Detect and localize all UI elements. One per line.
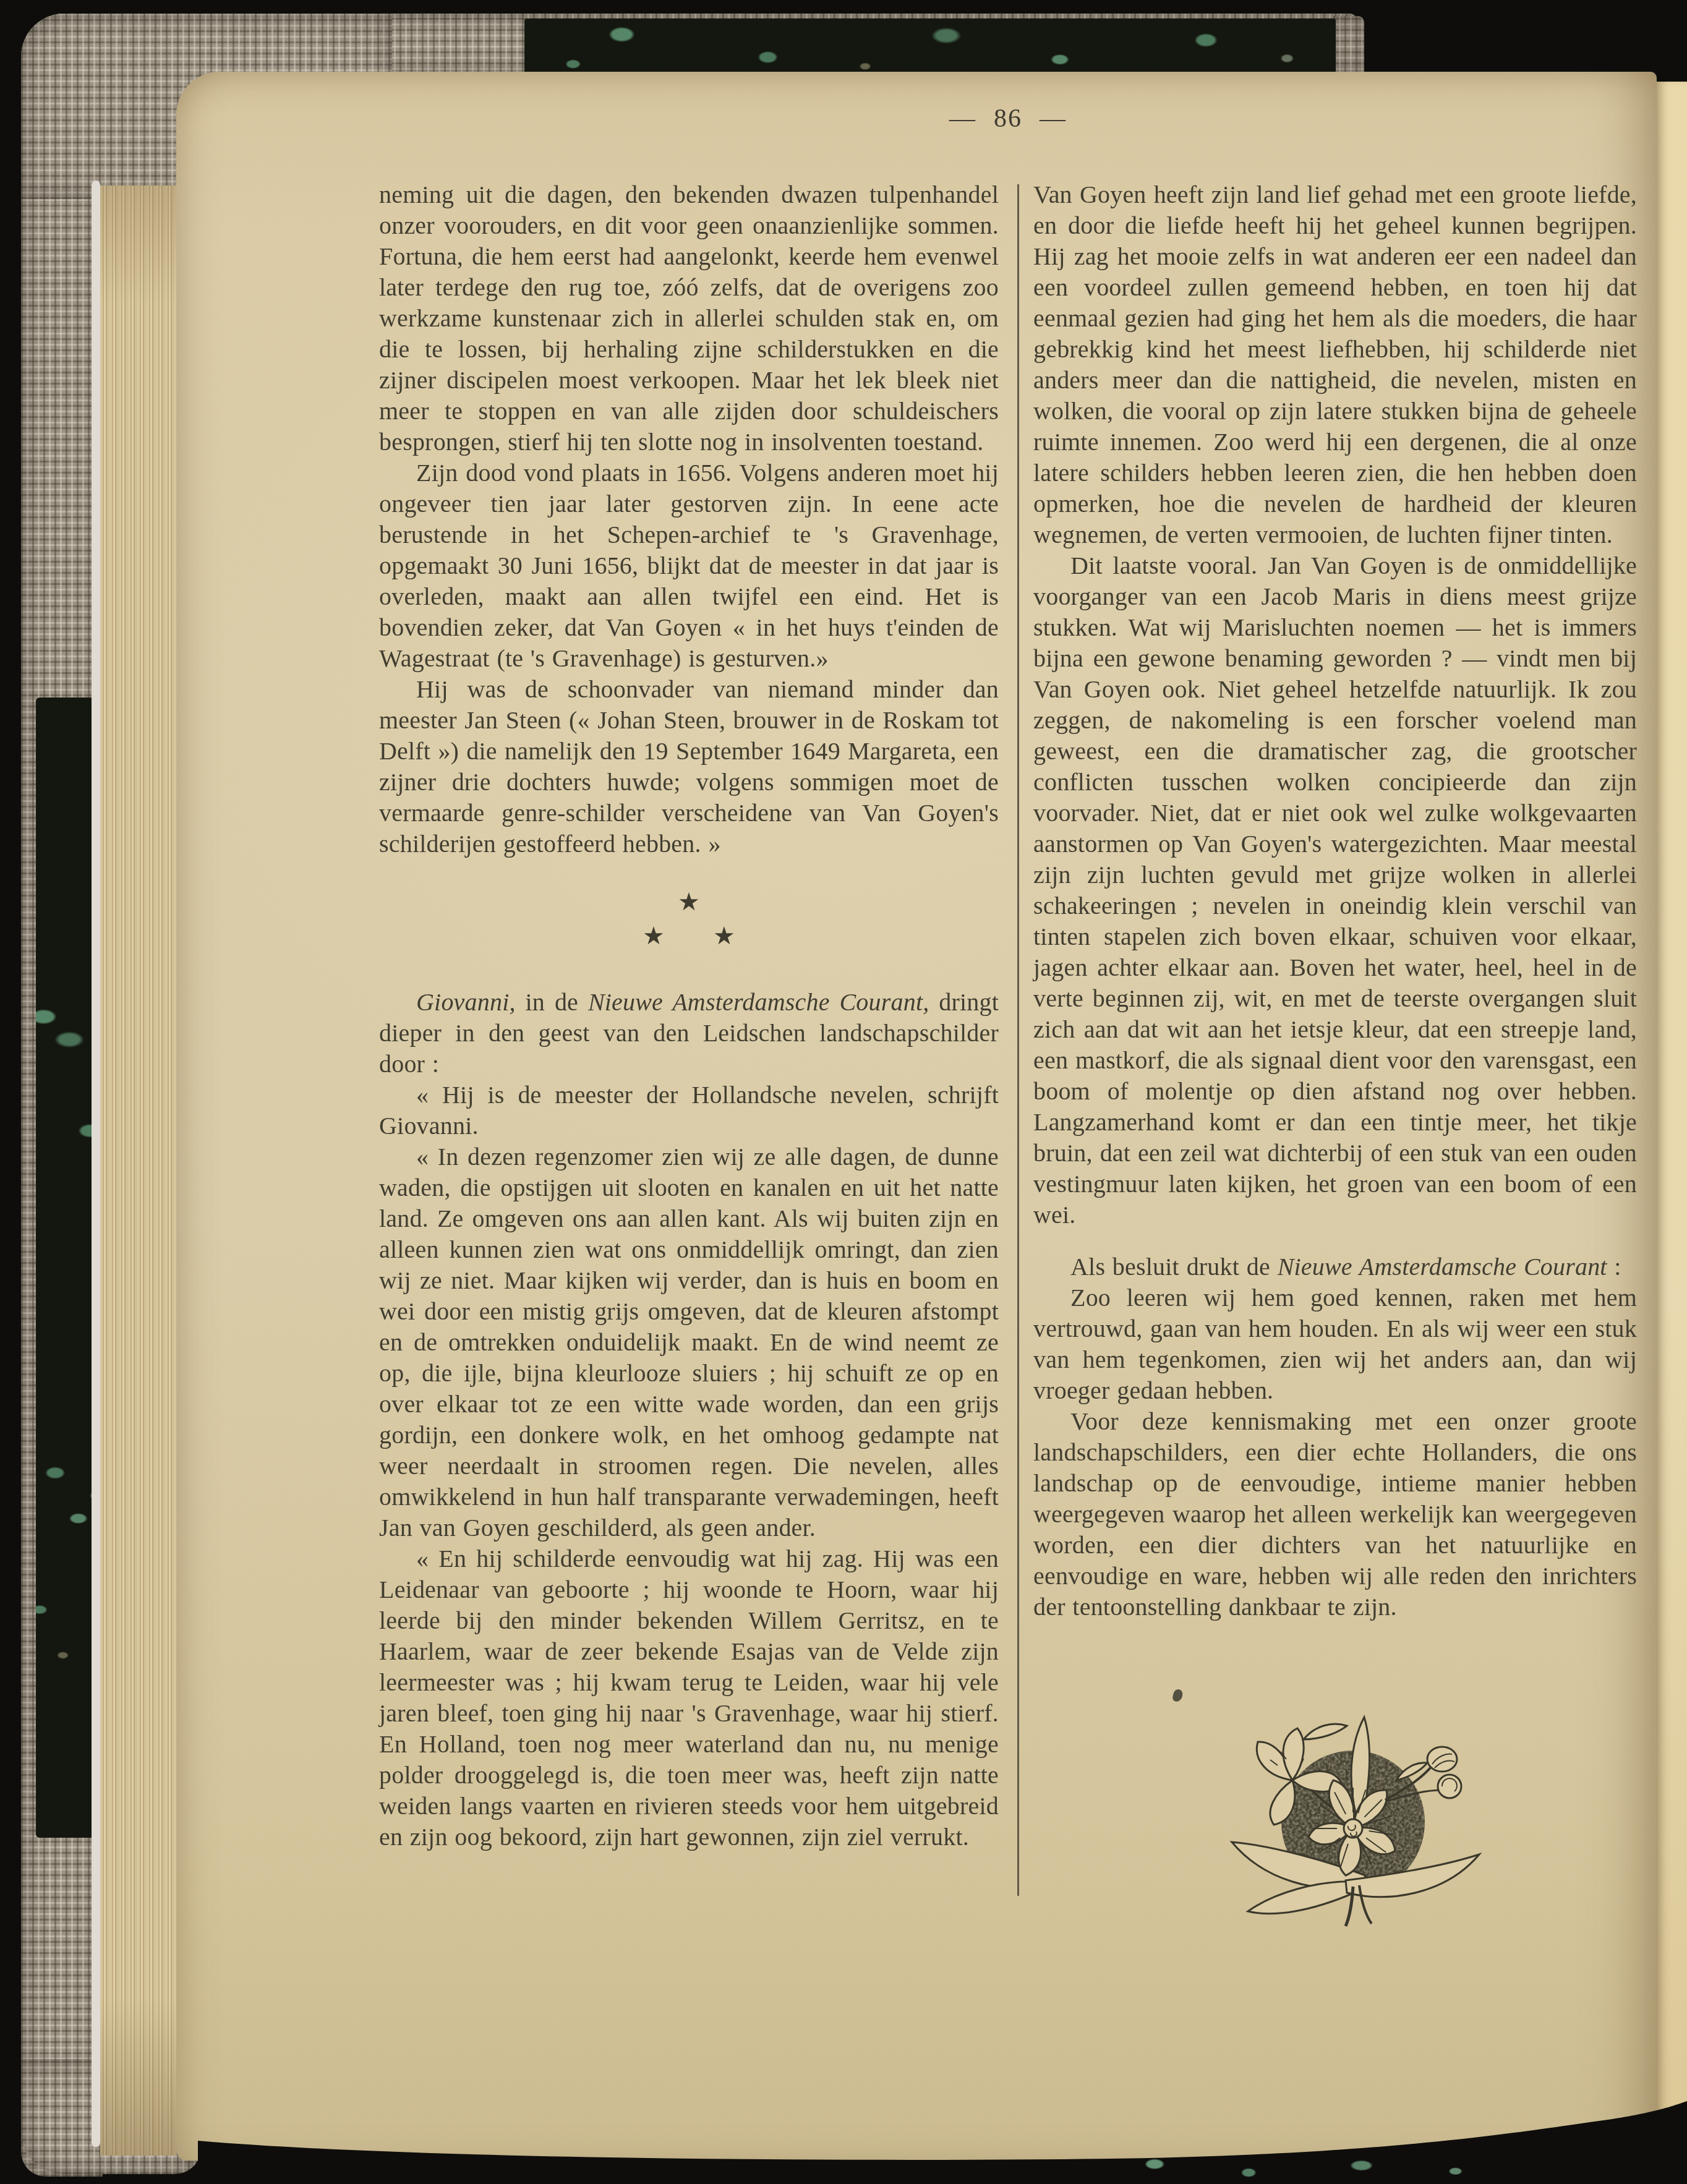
star-icon: ★ <box>678 890 700 915</box>
paragraph: neming uit die dagen, den bekenden dwaze… <box>379 179 999 458</box>
italic-journal-name: Nieuwe Amsterdamsche Courant, <box>588 988 929 1016</box>
paragraph: Giovanni, in de Nieuwe Amsterdamsche Cou… <box>379 987 999 1080</box>
paragraph: Hij was de schoonvader van niemand minde… <box>379 674 999 860</box>
marbled-cover-strip-top <box>524 19 1336 75</box>
paragraph: Als besluit drukt de Nieuwe Amsterdamsch… <box>1033 1252 1637 1282</box>
paragraph: Zoo leeren wij hem goed kennen, raken me… <box>1033 1282 1637 1406</box>
endpaper-edge-line <box>92 181 100 2147</box>
paragraph: Voor deze kennismaking met een onzer gro… <box>1033 1406 1637 1623</box>
page-number: —86— <box>379 104 1637 134</box>
page: —86— neming uit die dagen, den bekenden … <box>176 72 1657 2161</box>
text-segment: in de <box>516 988 588 1016</box>
page-number-value: 86 <box>994 105 1022 133</box>
paragraph: Dit laatste vooral. Jan Van Goyen is de … <box>1033 550 1637 1231</box>
next-page-edge <box>1655 82 1687 2121</box>
paragraph: « Hij is de meester der Hollandsche neve… <box>379 1080 999 1141</box>
star-icon: ★ <box>713 924 735 949</box>
text-segment: : <box>1607 1253 1621 1281</box>
left-column: neming uit die dagen, den bekenden dwaze… <box>379 179 999 1853</box>
asterism-separator: ★ ★ ★ <box>379 887 999 949</box>
column-divider <box>1017 184 1019 1896</box>
star-pair: ★ ★ <box>379 924 999 949</box>
marbled-flecks-bottom <box>1051 2156 1521 2184</box>
star-icon: ★ <box>643 924 665 949</box>
italic-name: Giovanni, <box>416 988 516 1016</box>
page-number-dash: — <box>1040 105 1067 133</box>
page-number-dash: — <box>949 105 976 133</box>
italic-journal-name: Nieuwe Amsterdamsche Courant <box>1278 1253 1607 1281</box>
paragraph: « En hij schilderde eenvoudig wat hij za… <box>379 1543 999 1853</box>
flower-ornament <box>1200 1707 1509 1930</box>
burlap-cover-sliver-top-right <box>1333 16 1364 75</box>
paragraph: Zijn dood vond plaats in 1656. Volgens a… <box>379 458 999 674</box>
marbled-cover-strip-left <box>36 697 100 1838</box>
book-photo: —86— neming uit die dagen, den bekenden … <box>0 0 1687 2184</box>
paragraph: Van Goyen heeft zijn land lief gehad met… <box>1033 179 1637 550</box>
text-segment: Als besluit drukt de <box>1070 1253 1278 1281</box>
right-column: Van Goyen heeft zijn land lief gehad met… <box>1033 179 1637 1623</box>
page-edges-stack <box>100 186 176 2156</box>
paragraph: « In dezen regenzomer zien wij ze alle d… <box>379 1141 999 1543</box>
